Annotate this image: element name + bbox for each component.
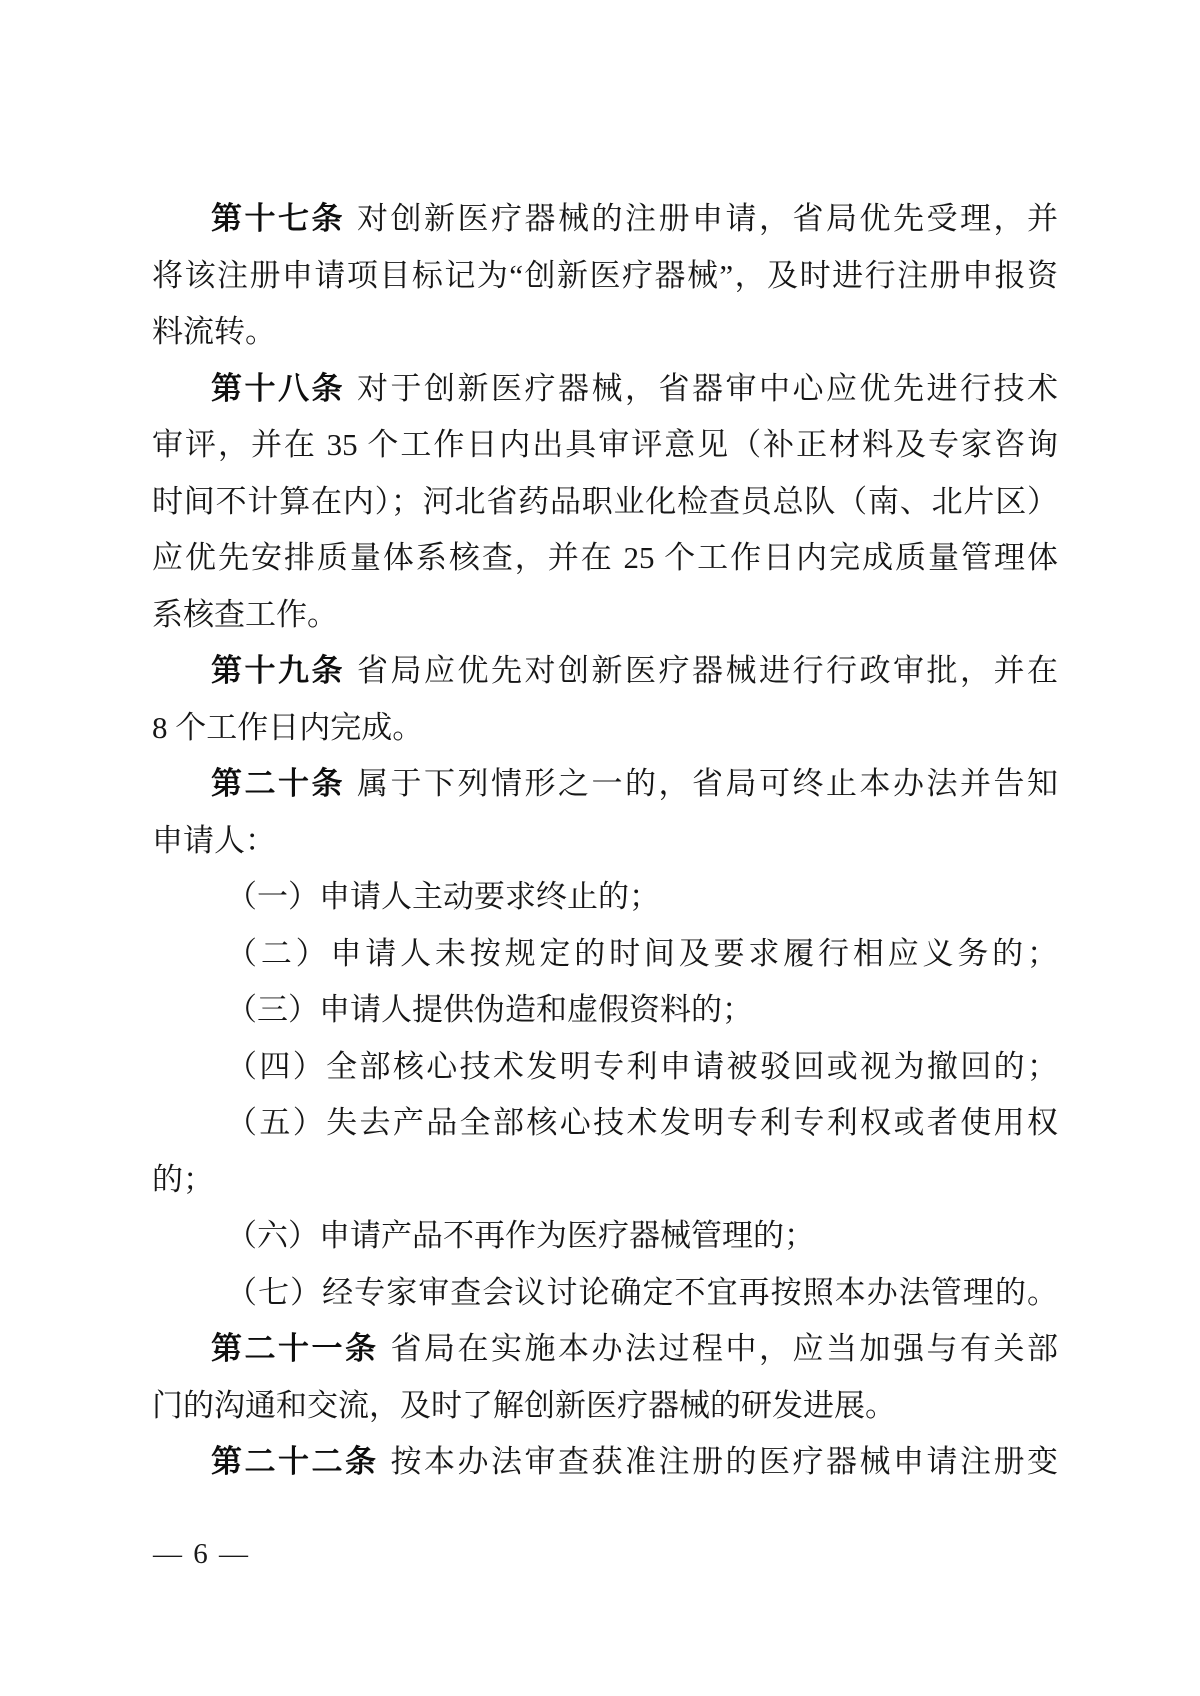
text-line: 第二十条属于下列情形之一的，省局可终止本办法并告知	[152, 756, 1058, 813]
text-line: 将该注册申请项目标记为“创新医疗器械”，及时进行注册申报资	[152, 248, 1058, 305]
line-text: 系核查工作。	[152, 597, 338, 632]
line-text: 省局在实施本办法过程中，应当加强与有关部	[391, 1331, 1059, 1366]
line-text: 料流转。	[152, 314, 276, 349]
page-number: — 6 —	[153, 1536, 250, 1572]
line-text: 审评，并在 35 个工作日内出具审评意见（补正材料及专家咨询	[152, 427, 1058, 462]
line-text: （七）经专家审查会议讨论确定不宜再按照本办法管理的。	[226, 1275, 1058, 1310]
text-line: 时间不计算在内）；河北省药品职业化检查员总队（南、北片区）	[152, 474, 1058, 531]
text-line: 第十八条对于创新医疗器械，省器审中心应优先进行技术	[152, 361, 1058, 418]
line-text: 8 个工作日内完成。	[152, 710, 423, 745]
text-line: 第二十一条省局在实施本办法过程中，应当加强与有关部	[152, 1321, 1058, 1378]
article-number: 第二十一条	[211, 1331, 379, 1366]
article-number: 第十八条	[211, 371, 345, 406]
line-text: 申请人：	[152, 823, 276, 858]
line-text: 对于创新医疗器械，省器审中心应优先进行技术	[357, 371, 1058, 406]
line-text: 门的沟通和交流，及时了解创新医疗器械的研发进展。	[152, 1388, 896, 1423]
document-content: 第十七条对创新医疗器械的注册申请，省局优先受理，并将该注册申请项目标记为“创新医…	[152, 191, 1058, 1491]
line-text: （三）申请人提供伪造和虚假资料的；	[226, 992, 753, 1027]
line-text: （一）申请人主动要求终止的；	[226, 879, 660, 914]
text-line: 系核查工作。	[152, 587, 1058, 644]
line-text: 属于下列情形之一的，省局可终止本办法并告知	[357, 766, 1058, 801]
article-number: 第二十二条	[211, 1444, 379, 1479]
text-line: 应优先安排质量体系核查，并在 25 个工作日内完成质量管理体	[152, 530, 1058, 587]
document-page: 第十七条对创新医疗器械的注册申请，省局优先受理，并将该注册申请项目标记为“创新医…	[0, 0, 1200, 1696]
text-line: （六）申请产品不再作为医疗器械管理的；	[152, 1208, 1058, 1265]
line-text: 的；	[152, 1162, 214, 1197]
text-line: 8 个工作日内完成。	[152, 700, 1058, 757]
line-text: （二）申请人未按规定的时间及要求履行相应义务的；	[226, 936, 1058, 971]
text-line: （四）全部核心技术发明专利申请被驳回或视为撤回的；	[152, 1039, 1058, 1096]
line-text: 将该注册申请项目标记为“创新医疗器械”，及时进行注册申报资	[152, 258, 1058, 293]
line-text: 时间不计算在内）；河北省药品职业化检查员总队（南、北片区）	[152, 484, 1058, 519]
text-line: （一）申请人主动要求终止的；	[152, 869, 1058, 926]
text-line: （二）申请人未按规定的时间及要求履行相应义务的；	[152, 926, 1058, 983]
text-line: （三）申请人提供伪造和虚假资料的；	[152, 982, 1058, 1039]
line-text: 应优先安排质量体系核查，并在 25 个工作日内完成质量管理体	[152, 540, 1058, 575]
text-line: 的；	[152, 1152, 1058, 1209]
text-line: 第二十二条按本办法审查获准注册的医疗器械申请注册变	[152, 1434, 1058, 1491]
line-text: 对创新医疗器械的注册申请，省局优先受理，并	[357, 201, 1058, 236]
article-number: 第十九条	[211, 653, 345, 688]
text-line: （五）失去产品全部核心技术发明专利专利权或者使用权	[152, 1095, 1058, 1152]
text-line: 审评，并在 35 个工作日内出具审评意见（补正材料及专家咨询	[152, 417, 1058, 474]
line-text: （四）全部核心技术发明专利申请被驳回或视为撤回的；	[226, 1049, 1058, 1084]
line-text: 按本办法审查获准注册的医疗器械申请注册变	[391, 1444, 1059, 1479]
article-number: 第十七条	[211, 201, 345, 236]
text-line: 第十九条省局应优先对创新医疗器械进行行政审批，并在	[152, 643, 1058, 700]
line-text: 省局应优先对创新医疗器械进行行政审批，并在	[357, 653, 1058, 688]
text-line: （七）经专家审查会议讨论确定不宜再按照本办法管理的。	[152, 1265, 1058, 1322]
text-line: 门的沟通和交流，及时了解创新医疗器械的研发进展。	[152, 1378, 1058, 1435]
text-line: 第十七条对创新医疗器械的注册申请，省局优先受理，并	[152, 191, 1058, 248]
text-line: 料流转。	[152, 304, 1058, 361]
text-line: 申请人：	[152, 813, 1058, 870]
article-number: 第二十条	[211, 766, 345, 801]
line-text: （五）失去产品全部核心技术发明专利专利权或者使用权	[226, 1105, 1058, 1140]
line-text: （六）申请产品不再作为医疗器械管理的；	[226, 1218, 815, 1253]
